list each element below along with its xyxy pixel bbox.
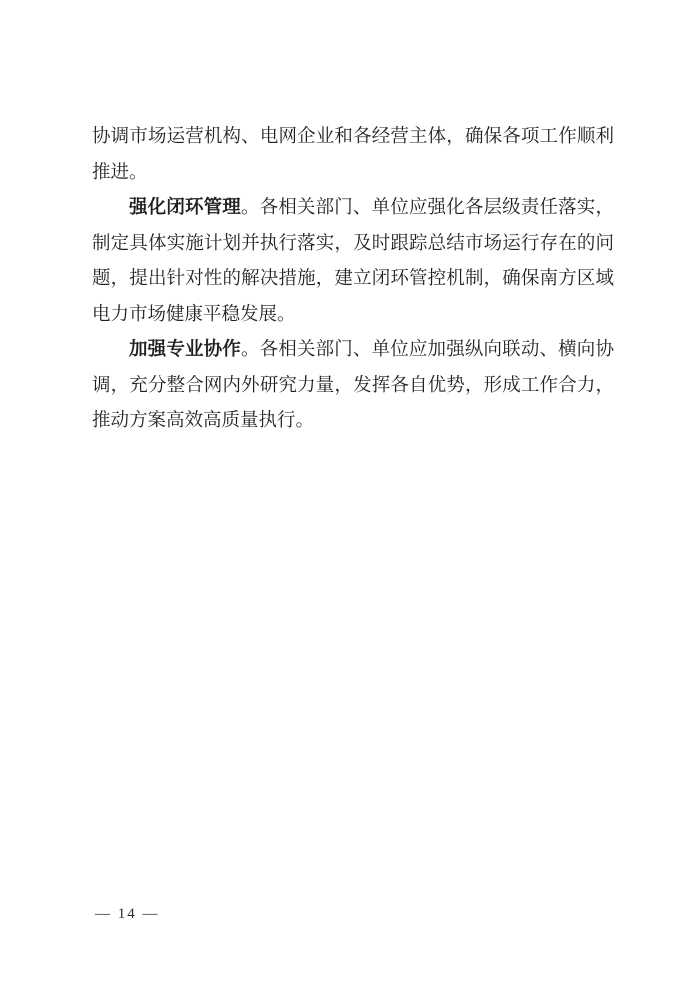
page-number: — 14 — <box>95 903 160 925</box>
paragraph-professional-collaboration: 加强专业协作。各相关部门、单位应加强纵向联动、横向协调，充分整合网内外研究力量，… <box>92 333 614 440</box>
paragraph-lead: 加强专业协作 <box>129 340 241 360</box>
paragraph-closed-loop-management: 强化闭环管理。各相关部门、单位应强化各层级责任落实，制定具体实施计划并执行落实，… <box>92 191 614 333</box>
document-page: 协调市场运营机构、电网企业和各经营主体，确保各项工作顺利推进。 强化闭环管理。各… <box>0 0 700 989</box>
paragraph-lead: 强化闭环管理 <box>129 198 241 218</box>
paragraph-text: 协调市场运营机构、电网企业和各经营主体，确保各项工作顺利推进。 <box>92 127 614 183</box>
document-body: 协调市场运营机构、电网企业和各经营主体，确保各项工作顺利推进。 强化闭环管理。各… <box>92 120 614 440</box>
paragraph-continuation: 协调市场运营机构、电网企业和各经营主体，确保各项工作顺利推进。 <box>92 120 614 191</box>
